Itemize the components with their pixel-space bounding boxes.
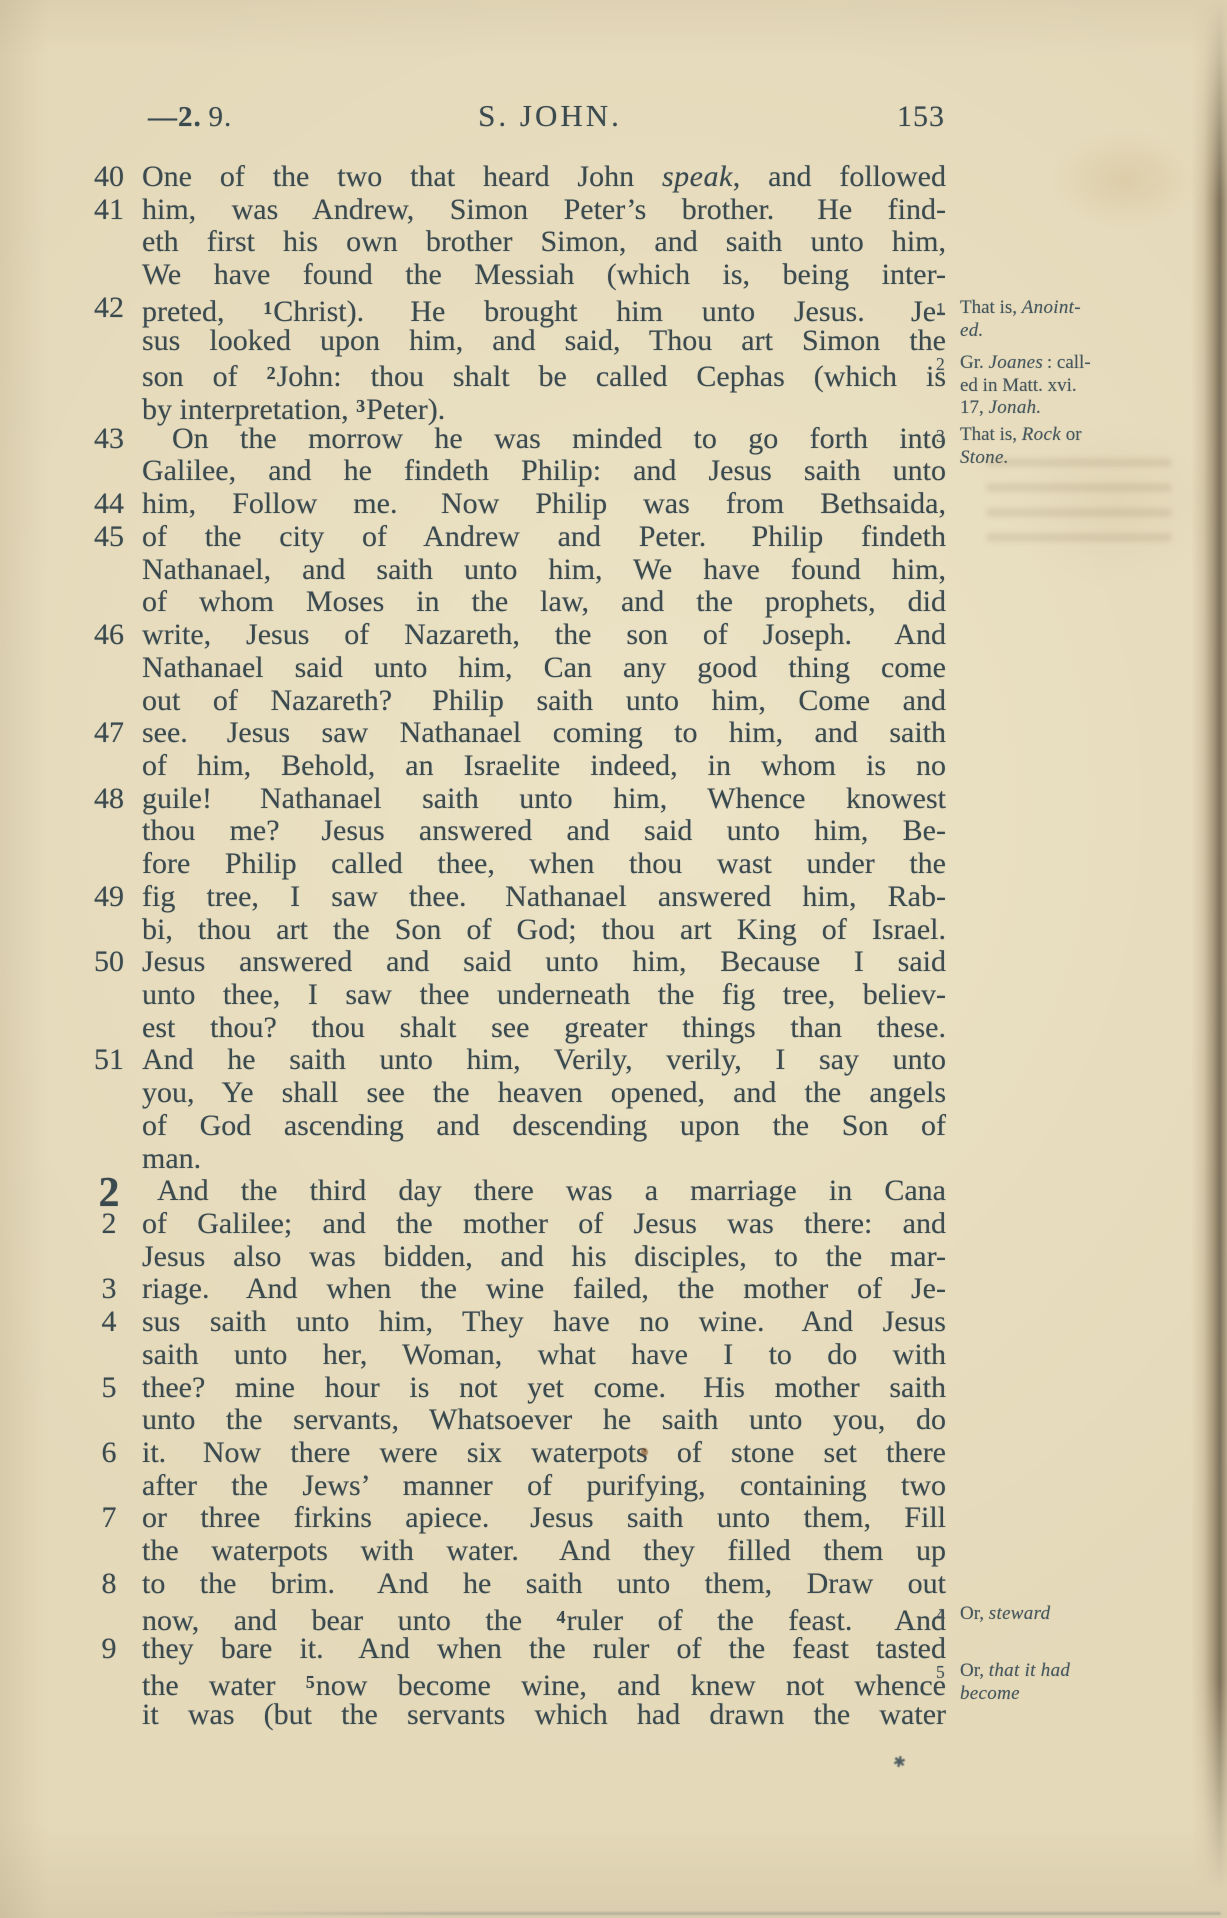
verse-line: 49fig tree, I saw thee. Nathanael answer… bbox=[84, 881, 946, 914]
verse-line: est thou? thou shalt see greater things … bbox=[84, 1012, 946, 1045]
verse-line: by interpretation, 3Peter). bbox=[84, 390, 946, 423]
verse-line: 40One of the two that heard John speak, … bbox=[84, 161, 946, 194]
printers-mark: ✱ bbox=[891, 1752, 907, 1773]
verse-number: 49 bbox=[84, 881, 134, 914]
verse-text: Nathanael said unto him, Can any good th… bbox=[142, 652, 946, 685]
verse-number: 45 bbox=[84, 521, 134, 554]
verse-text: him, was Andrew, Simon Peter’s brother. … bbox=[142, 194, 946, 227]
verse-line: of God ascending and descending upon the… bbox=[84, 1110, 946, 1143]
verse-text: you, Ye shall see the heaven opened, and… bbox=[142, 1077, 946, 1110]
verse-line: 44him, Follow me. Now Philip was from Be… bbox=[84, 488, 946, 521]
verse-number: 2 bbox=[84, 1208, 134, 1241]
verse-line: 7or three firkins apiece. Jesus saith un… bbox=[84, 1502, 946, 1535]
verse-text: of the city of Andrew and Peter. Philip … bbox=[142, 521, 946, 554]
verse-line: 6it. Now there were six waterpots of sto… bbox=[84, 1437, 946, 1470]
verse-line: Nathanael said unto him, Can any good th… bbox=[84, 652, 946, 685]
verse-text: of Galilee; and the mother of Jesus was … bbox=[142, 1208, 946, 1241]
verse-number: 41 bbox=[84, 194, 134, 227]
margin-note: 2Gr. Joanes : call-ed in Matt. xvi.17, J… bbox=[936, 352, 1180, 420]
verse-text: We have found the Messiah (which is, bei… bbox=[142, 259, 946, 292]
margin-note-number: 3 bbox=[936, 425, 945, 448]
verse-line: 2 And the third day there was a marriage… bbox=[84, 1175, 946, 1208]
verse-line: thou me? Jesus answered and said unto hi… bbox=[84, 815, 946, 848]
verse-number: 4 bbox=[84, 1306, 134, 1339]
verse-text: thee? mine hour is not yet come. His mot… bbox=[142, 1372, 946, 1405]
page-edge-gutter-shadow bbox=[1191, 0, 1227, 1918]
verse-line: the waterpots with water. And they fille… bbox=[84, 1535, 946, 1568]
verse-number: 5 bbox=[84, 1372, 134, 1405]
verse-line: son of 2John: thou shalt be called Cepha… bbox=[84, 357, 946, 390]
verse-number: 43 bbox=[84, 423, 134, 456]
verse-line: after the Jews’ manner of purifying, con… bbox=[84, 1470, 946, 1503]
margin-note-number: 2 bbox=[936, 353, 945, 376]
verse-text: him, Follow me. Now Philip was from Beth… bbox=[142, 488, 946, 521]
verse-text: est thou? thou shalt see greater things … bbox=[142, 1012, 946, 1045]
verse-line: now, and bear unto the 4ruler of the fea… bbox=[84, 1601, 946, 1634]
verse-line: of him, Behold, an Israelite indeed, in … bbox=[84, 750, 946, 783]
verse-line: 48guile! Nathanael saith unto him, Whenc… bbox=[84, 783, 946, 816]
verse-text: of him, Behold, an Israelite indeed, in … bbox=[142, 750, 946, 783]
verse-text: out of Nazareth? Philip saith unto him, … bbox=[142, 685, 946, 718]
showthrough-smudge bbox=[986, 483, 1172, 492]
verse-text: they bare it. And when the ruler of the … bbox=[142, 1633, 946, 1666]
verse-number: 7 bbox=[84, 1502, 134, 1535]
margin-note-text: Or, that it hadbecome bbox=[960, 1660, 1070, 1704]
verse-text: sus looked upon him, and said, Thou art … bbox=[142, 325, 946, 358]
scanned-book-page: —2. 9. S. JOHN. 153 40One of the two tha… bbox=[0, 0, 1227, 1918]
margin-note-text: Gr. Joanes : call-ed in Matt. xvi.17, Jo… bbox=[960, 352, 1091, 418]
margin-note-number: 4 bbox=[936, 1604, 945, 1627]
verse-text: it was (but the servants which had drawn… bbox=[142, 1699, 946, 1732]
verse-line: 51And he saith unto him, Verily, verily,… bbox=[84, 1044, 946, 1077]
verse-text: unto the servants, Whatsoever he saith u… bbox=[142, 1404, 946, 1437]
verse-text: the waterpots with water. And they fille… bbox=[142, 1535, 946, 1568]
verse-text: One of the two that heard John speak, an… bbox=[142, 161, 946, 194]
verse-text: fig tree, I saw thee. Nathanael answered… bbox=[142, 881, 946, 914]
verse-line: fore Philip called thee, when thou wast … bbox=[84, 848, 946, 881]
running-head-reference: —2. 9. bbox=[148, 101, 232, 134]
verse-text: son of 2John: thou shalt be called Cepha… bbox=[142, 357, 946, 394]
verse-line: 8to the brim. And he saith unto them, Dr… bbox=[84, 1568, 946, 1601]
verse-line: out of Nazareth? Philip saith unto him, … bbox=[84, 685, 946, 718]
scan-edge-shadow bbox=[190, 1912, 1221, 1915]
showthrough-smudge bbox=[986, 458, 1172, 467]
verse-number: 40 bbox=[84, 161, 134, 194]
verse-number: 44 bbox=[84, 488, 134, 521]
verse-text: And the third day there was a marriage i… bbox=[142, 1175, 946, 1208]
verse-line: 50Jesus answered and said unto him, Beca… bbox=[84, 946, 946, 979]
margin-note: 4Or, steward bbox=[936, 1603, 1180, 1626]
margin-note-text: That is, Anoint-ed. bbox=[960, 297, 1081, 341]
verse-number: 9 bbox=[84, 1633, 134, 1666]
verse-line: the water 5now become wine, and knew not… bbox=[84, 1666, 946, 1699]
verse-line: it was (but the servants which had drawn… bbox=[84, 1699, 946, 1732]
verse-line: sus looked upon him, and said, Thou art … bbox=[84, 325, 946, 358]
verse-line: We have found the Messiah (which is, bei… bbox=[84, 259, 946, 292]
verse-text: see. Jesus saw Nathanael coming to him, … bbox=[142, 717, 946, 750]
running-head-book-title: S. JOHN. bbox=[420, 98, 680, 134]
verse-text: Jesus answered and said unto him, Becaus… bbox=[142, 946, 946, 979]
verse-number: 42 bbox=[84, 292, 134, 325]
verse-number: 6 bbox=[84, 1437, 134, 1470]
verse-text: sus saith unto him, They have no wine. A… bbox=[142, 1306, 946, 1339]
verse-line: 2of Galilee; and the mother of Jesus was… bbox=[84, 1208, 946, 1241]
verse-line: unto the servants, Whatsoever he saith u… bbox=[84, 1404, 946, 1437]
verse-number: 51 bbox=[84, 1044, 134, 1077]
verse-number: 47 bbox=[84, 717, 134, 750]
verse-line: 9they bare it. And when the ruler of the… bbox=[84, 1633, 946, 1666]
paper-stain bbox=[1050, 130, 1200, 230]
verse-line: 45of the city of Andrew and Peter. Phili… bbox=[84, 521, 946, 554]
verse-text: thou me? Jesus answered and said unto hi… bbox=[142, 815, 946, 848]
page-number: 153 bbox=[845, 100, 945, 134]
chapter-number: 2 bbox=[84, 1177, 134, 1209]
verse-line: 43 On the morrow he was minded to go for… bbox=[84, 423, 946, 456]
showthrough-smudge bbox=[986, 533, 1172, 542]
verse-text: bi, thou art the Son of God; thou art Ki… bbox=[142, 914, 946, 947]
verse-text: eth first his own brother Simon, and sai… bbox=[142, 226, 946, 259]
verse-text: or three firkins apiece. Jesus saith unt… bbox=[142, 1502, 946, 1535]
verse-number: 8 bbox=[84, 1568, 134, 1601]
verse-text: guile! Nathanael saith unto him, Whence … bbox=[142, 783, 946, 816]
verse-line: 47see. Jesus saw Nathanael coming to him… bbox=[84, 717, 946, 750]
verse-line: 41him, was Andrew, Simon Peter’s brother… bbox=[84, 194, 946, 227]
verse-line: eth first his own brother Simon, and sai… bbox=[84, 226, 946, 259]
margin-note: 1That is, Anoint-ed. bbox=[936, 297, 1180, 342]
verse-line: 42preted, 1Christ). He brought him unto … bbox=[84, 292, 946, 325]
verse-text: of whom Moses in the law, and the prophe… bbox=[142, 586, 946, 619]
verse-line: of whom Moses in the law, and the prophe… bbox=[84, 586, 946, 619]
verse-text: to the brim. And he saith unto them, Dra… bbox=[142, 1568, 946, 1601]
margin-note-number: 1 bbox=[936, 298, 945, 321]
verse-text: saith unto her, Woman, what have I to do… bbox=[142, 1339, 946, 1372]
verse-text: Nathanael, and saith unto him, We have f… bbox=[142, 554, 946, 587]
verse-text: unto thee, I saw thee underneath the fig… bbox=[142, 979, 946, 1012]
margin-note-text: Or, steward bbox=[960, 1603, 1050, 1624]
verse-line: man. bbox=[84, 1143, 946, 1176]
verse-text: Jesus also was bidden, and his disciples… bbox=[142, 1241, 946, 1274]
showthrough-smudge bbox=[986, 508, 1172, 517]
verse-line: 46write, Jesus of Nazareth, the son of J… bbox=[84, 619, 946, 652]
verse-line: 3riage. And when the wine failed, the mo… bbox=[84, 1273, 946, 1306]
verse-number: 50 bbox=[84, 946, 134, 979]
scripture-text-column: 40One of the two that heard John speak, … bbox=[84, 161, 946, 1732]
verse-text: write, Jesus of Nazareth, the son of Jos… bbox=[142, 619, 946, 652]
verse-text: it. Now there were six waterpots of ston… bbox=[142, 1437, 946, 1470]
verse-line: 5thee? mine hour is not yet come. His mo… bbox=[84, 1372, 946, 1405]
verse-text: after the Jews’ manner of purifying, con… bbox=[142, 1470, 946, 1503]
verse-text: fore Philip called thee, when thou wast … bbox=[142, 848, 946, 881]
verse-line: Jesus also was bidden, and his disciples… bbox=[84, 1241, 946, 1274]
verse-number: 48 bbox=[84, 783, 134, 816]
verse-line: unto thee, I saw thee underneath the fig… bbox=[84, 979, 946, 1012]
verse-line: 4sus saith unto him, They have no wine. … bbox=[84, 1306, 946, 1339]
verse-number: 46 bbox=[84, 619, 134, 652]
verse-text: man. bbox=[142, 1143, 946, 1176]
verse-line: saith unto her, Woman, what have I to do… bbox=[84, 1339, 946, 1372]
margin-note-number: 5 bbox=[936, 1661, 945, 1684]
verse-text: of God ascending and descending upon the… bbox=[142, 1110, 946, 1143]
verse-line: bi, thou art the Son of God; thou art Ki… bbox=[84, 914, 946, 947]
verse-text: Galilee, and he findeth Philip: and Jesu… bbox=[142, 455, 946, 488]
margin-note: 5Or, that it hadbecome bbox=[936, 1660, 1180, 1705]
verse-text: And he saith unto him, Verily, verily, I… bbox=[142, 1044, 946, 1077]
verse-text: riage. And when the wine failed, the mot… bbox=[142, 1273, 946, 1306]
verse-line: Nathanael, and saith unto him, We have f… bbox=[84, 554, 946, 587]
verse-text: On the morrow he was minded to go forth … bbox=[142, 423, 946, 456]
verse-line: you, Ye shall see the heaven opened, and… bbox=[84, 1077, 946, 1110]
verse-number: 3 bbox=[84, 1273, 134, 1306]
verse-line: Galilee, and he findeth Philip: and Jesu… bbox=[84, 455, 946, 488]
